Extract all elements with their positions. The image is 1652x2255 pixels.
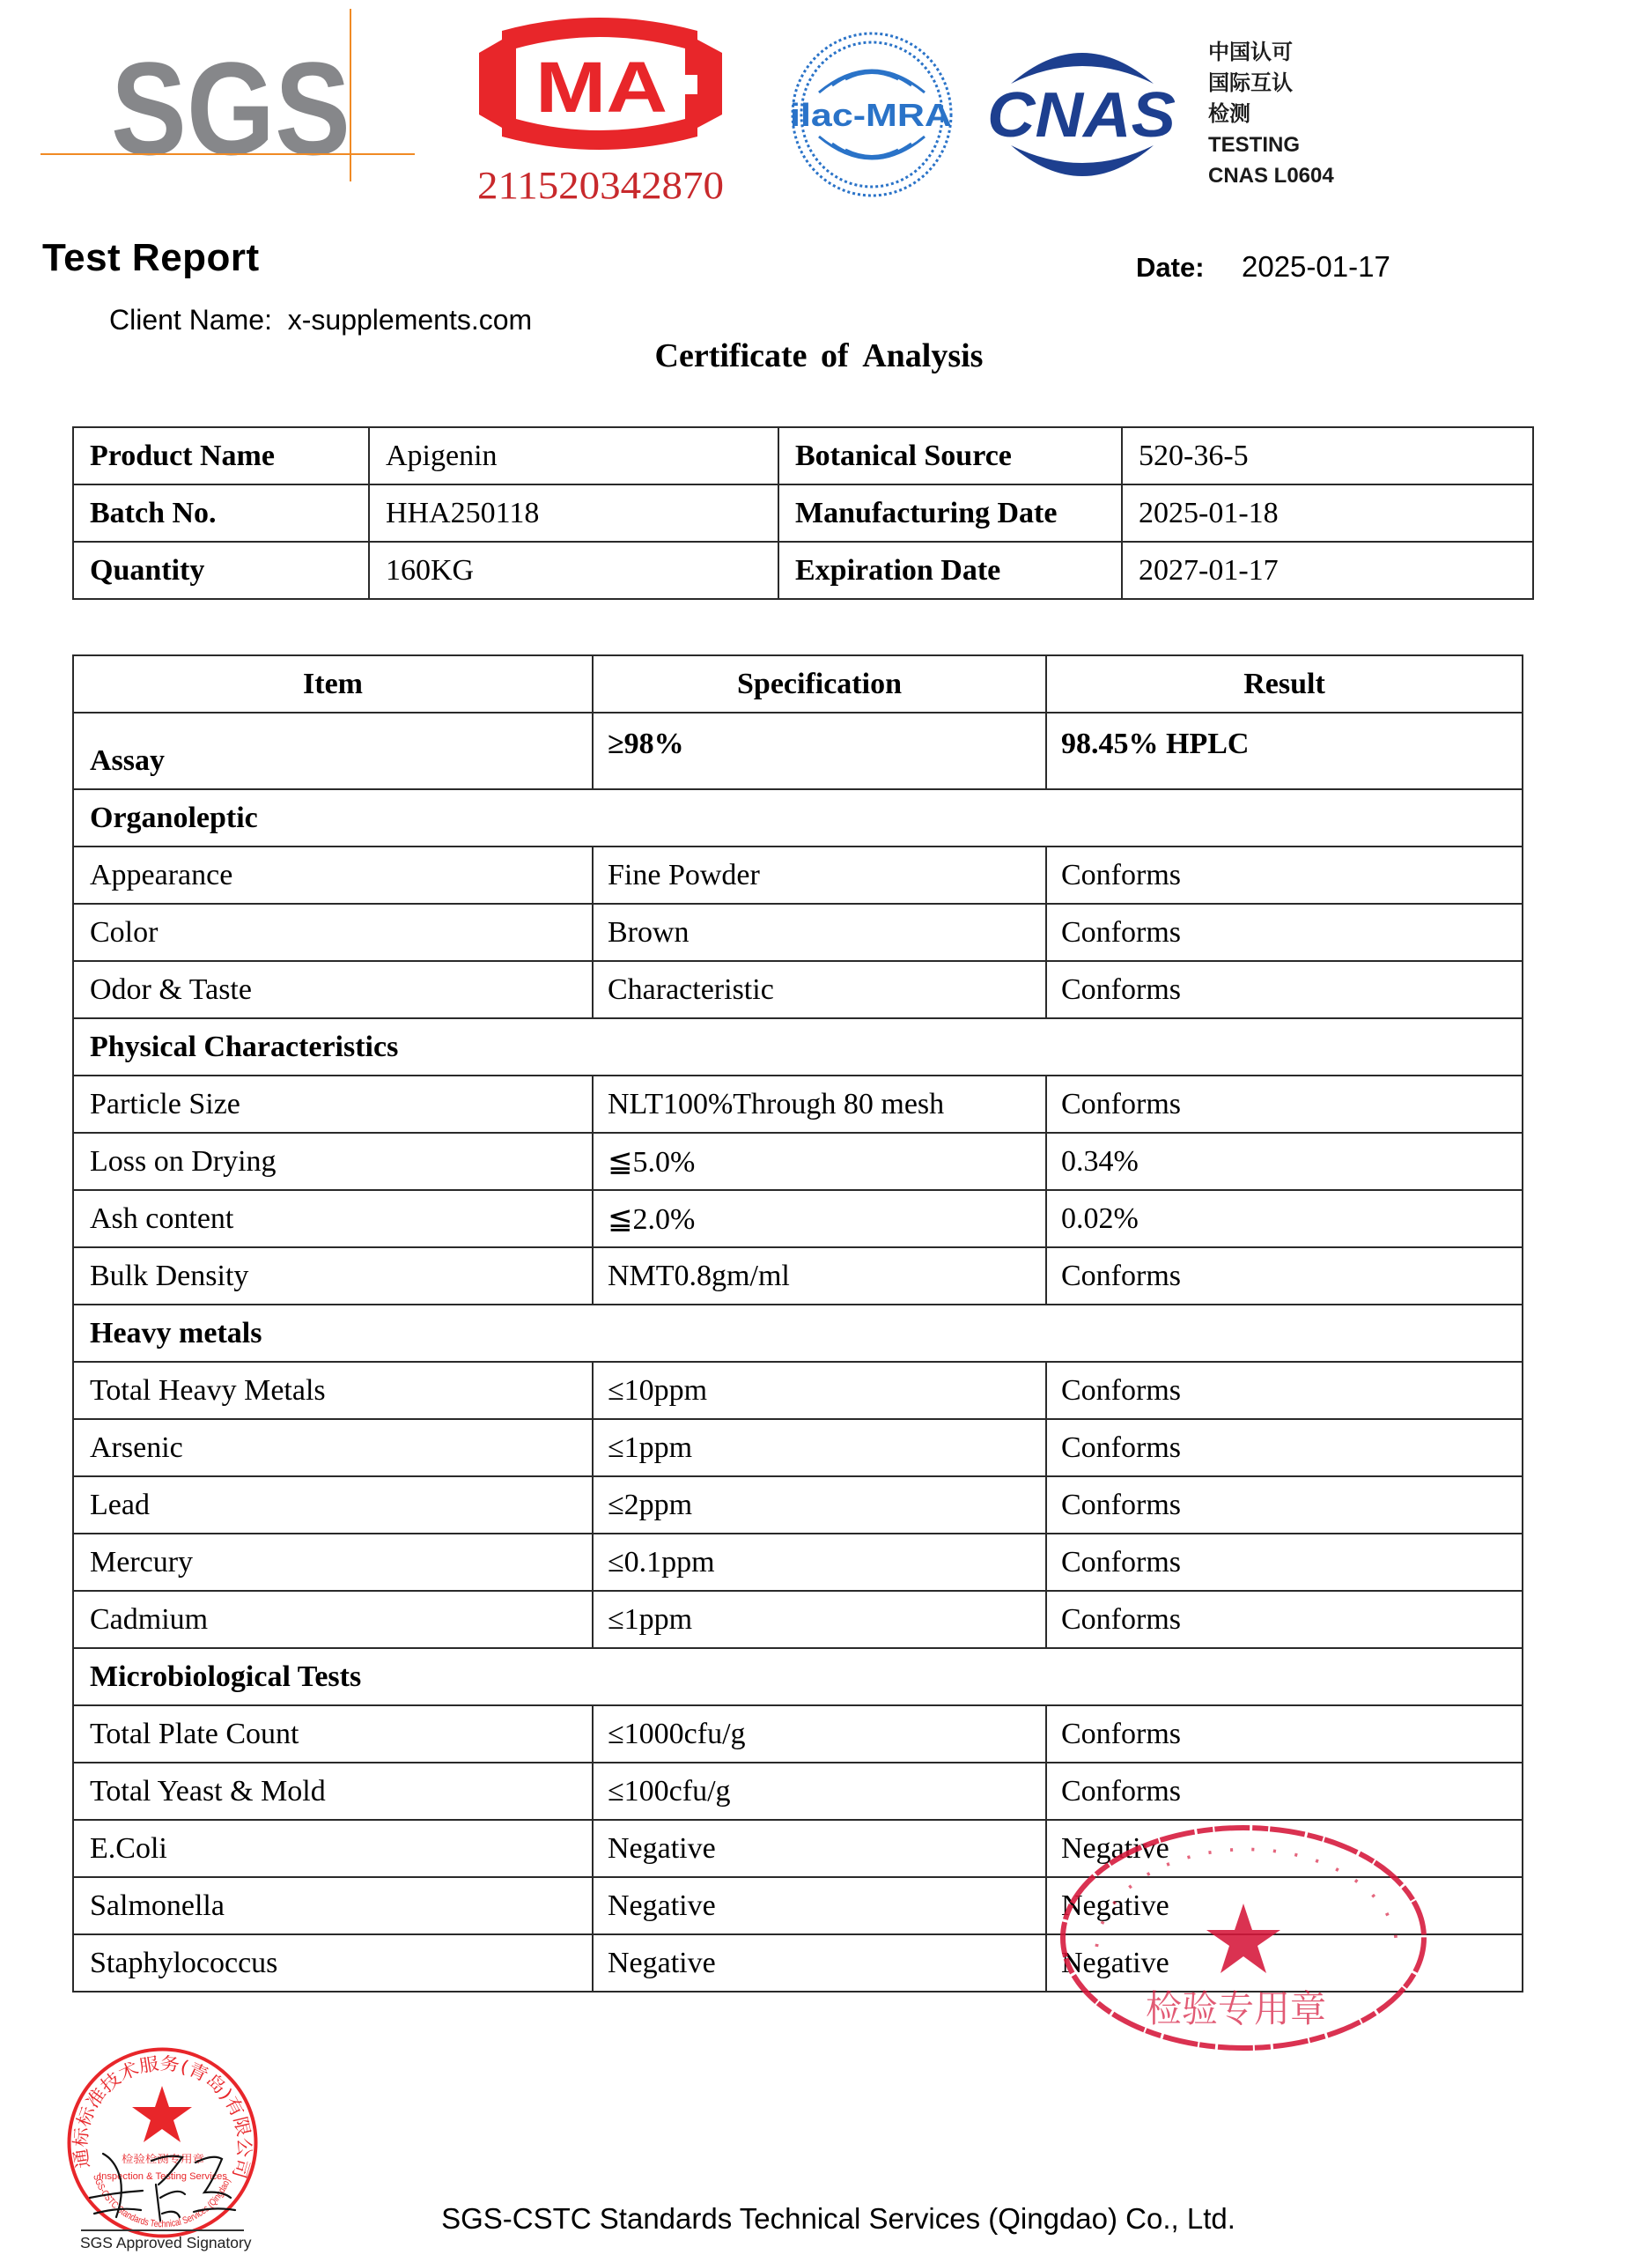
test-result: Negative [1046, 1877, 1523, 1934]
section-title: Organoleptic [73, 789, 1523, 847]
test-result: Conforms [1046, 1419, 1523, 1476]
table-row: Bulk DensityNMT0.8gm/mlConforms [73, 1247, 1523, 1305]
certificate-title-word: Certificate [655, 336, 808, 375]
svg-text:检验检测专用章: 检验检测专用章 [122, 2152, 204, 2165]
section-title: Microbiological Tests [73, 1648, 1523, 1705]
results-header-row: Item Specification Result [73, 655, 1523, 713]
product-info-table: Product NameApigeninBotanical Source520-… [72, 426, 1534, 600]
test-specification: Negative [593, 1934, 1046, 1992]
info-label: Manufacturing Date [778, 484, 1122, 542]
test-specification: ≤1ppm [593, 1591, 1046, 1648]
test-specification: Negative [593, 1820, 1046, 1877]
ilac-mra-logo-icon: ilac-MRA [788, 31, 955, 198]
test-result: Conforms [1046, 1362, 1523, 1419]
table-row: Particle SizeNLT100%Through 80 meshConfo… [73, 1076, 1523, 1133]
test-result: Negative [1046, 1934, 1523, 1992]
test-specification: ≤2ppm [593, 1476, 1046, 1534]
cnas-caption-line: 中国认可 [1208, 37, 1358, 68]
svg-text:CNAS: CNAS [987, 80, 1176, 151]
section-header-row: Heavy metals [73, 1305, 1523, 1362]
table-row: Cadmium≤1ppmConforms [73, 1591, 1523, 1648]
test-item: Color [73, 904, 593, 961]
test-specification: Characteristic [593, 961, 1046, 1018]
info-label: Quantity [73, 542, 369, 599]
table-row: E.ColiNegativeNegative [73, 1820, 1523, 1877]
cnas-caption-line: CNAS L0604 [1208, 160, 1358, 191]
test-result: 0.02% [1046, 1190, 1523, 1247]
svg-text:检验专用章: 检验专用章 [1146, 1987, 1326, 2030]
table-row: Ash content≦2.0%0.02% [73, 1190, 1523, 1247]
test-result: Conforms [1046, 1534, 1523, 1591]
table-row: Mercury≤0.1ppmConforms [73, 1534, 1523, 1591]
svg-text:Inspection & Testing Services: Inspection & Testing Services [99, 2171, 228, 2182]
test-specification: ≦2.0% [593, 1190, 1046, 1247]
test-item: Total Heavy Metals [73, 1362, 593, 1419]
certificate-title-word: of [821, 336, 849, 375]
svg-text:通标标准技术服务(青岛)有限公司: 通标标准技术服务(青岛)有限公司 [70, 2052, 255, 2181]
test-item: Lead [73, 1476, 593, 1534]
test-item: Particle Size [73, 1076, 593, 1133]
test-item: Loss on Drying [73, 1133, 593, 1190]
test-result: Conforms [1046, 1476, 1523, 1534]
table-row: ColorBrownConforms [73, 904, 1523, 961]
section-header-row: Organoleptic [73, 789, 1523, 847]
section-title: Physical Characteristics [73, 1018, 1523, 1076]
test-result: Negative [1046, 1820, 1523, 1877]
client-name-label: Client Name: [109, 304, 272, 336]
footer-company-name: SGS-CSTC Standards Technical Services (Q… [0, 2202, 1652, 2236]
svg-text:SGS: SGS [111, 34, 350, 182]
section-title: Heavy metals [73, 1305, 1523, 1362]
product-info-row: Batch No.HHA250118Manufacturing Date2025… [73, 484, 1533, 542]
certificate-title: Certificate of Analysis [0, 336, 1652, 375]
test-specification: NLT100%Through 80 mesh [593, 1076, 1046, 1133]
column-header-specification: Specification [593, 655, 1046, 713]
test-item: Arsenic [73, 1419, 593, 1476]
cma-logo-icon: MA 211520342870 [467, 13, 735, 211]
info-label: Botanical Source [778, 427, 1122, 484]
test-item: Ash content [73, 1190, 593, 1247]
test-result: Conforms [1046, 1076, 1523, 1133]
info-value: Apigenin [369, 427, 778, 484]
test-result: Conforms [1046, 1705, 1523, 1763]
table-row: Total Plate Count≤1000cfu/gConforms [73, 1705, 1523, 1763]
product-info-row: Product NameApigeninBotanical Source520-… [73, 427, 1533, 484]
test-item: Staphylococcus [73, 1934, 593, 1992]
test-specification: ≦5.0% [593, 1133, 1046, 1190]
test-result: 0.34% [1046, 1133, 1523, 1190]
client-name-value: x-supplements.com [288, 304, 532, 336]
test-item: Mercury [73, 1534, 593, 1591]
test-item: Salmonella [73, 1877, 593, 1934]
cnas-caption-line: 国际互认 [1208, 68, 1358, 99]
test-specification: Brown [593, 904, 1046, 961]
test-specification: ≤100cfu/g [593, 1763, 1046, 1820]
certificate-title-word: Analysis [862, 336, 983, 375]
svg-text:ilac-MRA: ilac-MRA [790, 97, 952, 133]
svg-text:MA: MA [535, 48, 667, 128]
test-specification: ≤10ppm [593, 1362, 1046, 1419]
assay-result: 98.45% HPLC [1046, 713, 1523, 789]
test-result: Conforms [1046, 1763, 1523, 1820]
signatory-label: SGS Approved Signatory [80, 2234, 252, 2252]
info-value: 2025-01-18 [1122, 484, 1533, 542]
date-value: 2025-01-17 [1242, 250, 1390, 284]
cnas-caption-line: 检测 [1208, 99, 1358, 129]
product-info-row: Quantity160KGExpiration Date2027-01-17 [73, 542, 1533, 599]
test-item: Bulk Density [73, 1247, 593, 1305]
test-item: Odor & Taste [73, 961, 593, 1018]
test-result: Conforms [1046, 904, 1523, 961]
cnas-logo-icon: CNAS [985, 40, 1180, 189]
section-header-row: Physical Characteristics [73, 1018, 1523, 1076]
test-specification: Negative [593, 1877, 1046, 1934]
table-row: Total Yeast & Mold≤100cfu/gConforms [73, 1763, 1523, 1820]
test-result: Conforms [1046, 961, 1523, 1018]
table-row: Total Heavy Metals≤10ppmConforms [73, 1362, 1523, 1419]
table-row: Loss on Drying≦5.0%0.34% [73, 1133, 1523, 1190]
report-title: Test Report [42, 236, 260, 280]
table-row: AppearanceFine PowderConforms [73, 847, 1523, 904]
table-row: Lead≤2ppmConforms [73, 1476, 1523, 1534]
test-specification: ≤0.1ppm [593, 1534, 1046, 1591]
test-item: Appearance [73, 847, 593, 904]
section-header-row: Microbiological Tests [73, 1648, 1523, 1705]
column-header-result: Result [1046, 655, 1523, 713]
test-specification: ≤1ppm [593, 1419, 1046, 1476]
test-specification: Fine Powder [593, 847, 1046, 904]
table-row: StaphylococcusNegativeNegative [73, 1934, 1523, 1992]
info-label: Expiration Date [778, 542, 1122, 599]
info-value: 2027-01-17 [1122, 542, 1533, 599]
table-row: Arsenic≤1ppmConforms [73, 1419, 1523, 1476]
test-result: Conforms [1046, 847, 1523, 904]
client-name: Client Name: x-supplements.com [109, 304, 532, 336]
cnas-caption-line: TESTING [1208, 129, 1358, 160]
info-value: 160KG [369, 542, 778, 599]
info-label: Product Name [73, 427, 369, 484]
column-header-item: Item [73, 655, 593, 713]
sgs-logo-icon: SGS [41, 9, 415, 185]
test-item: Total Yeast & Mold [73, 1763, 593, 1820]
info-value: HHA250118 [369, 484, 778, 542]
cnas-accreditation-caption: 中国认可 国际互认 检测 TESTING CNAS L0604 [1208, 37, 1358, 191]
table-row: SalmonellaNegativeNegative [73, 1877, 1523, 1934]
test-specification: NMT0.8gm/ml [593, 1247, 1046, 1305]
assay-item: Assay [73, 713, 593, 789]
table-row: Odor & TasteCharacteristicConforms [73, 961, 1523, 1018]
info-value: 520-36-5 [1122, 427, 1533, 484]
assay-spec: ≥98% [593, 713, 1046, 789]
date-label: Date: [1136, 252, 1205, 284]
test-result: Conforms [1046, 1247, 1523, 1305]
test-item: Cadmium [73, 1591, 593, 1648]
test-item: Total Plate Count [73, 1705, 593, 1763]
test-result: Conforms [1046, 1591, 1523, 1648]
results-table: Item Specification Result Assay ≥98% 98.… [72, 654, 1523, 1993]
test-specification: ≤1000cfu/g [593, 1705, 1046, 1763]
info-label: Batch No. [73, 484, 369, 542]
svg-text:211520342870: 211520342870 [477, 164, 724, 207]
test-item: E.Coli [73, 1820, 593, 1877]
assay-row: Assay ≥98% 98.45% HPLC [73, 713, 1523, 789]
